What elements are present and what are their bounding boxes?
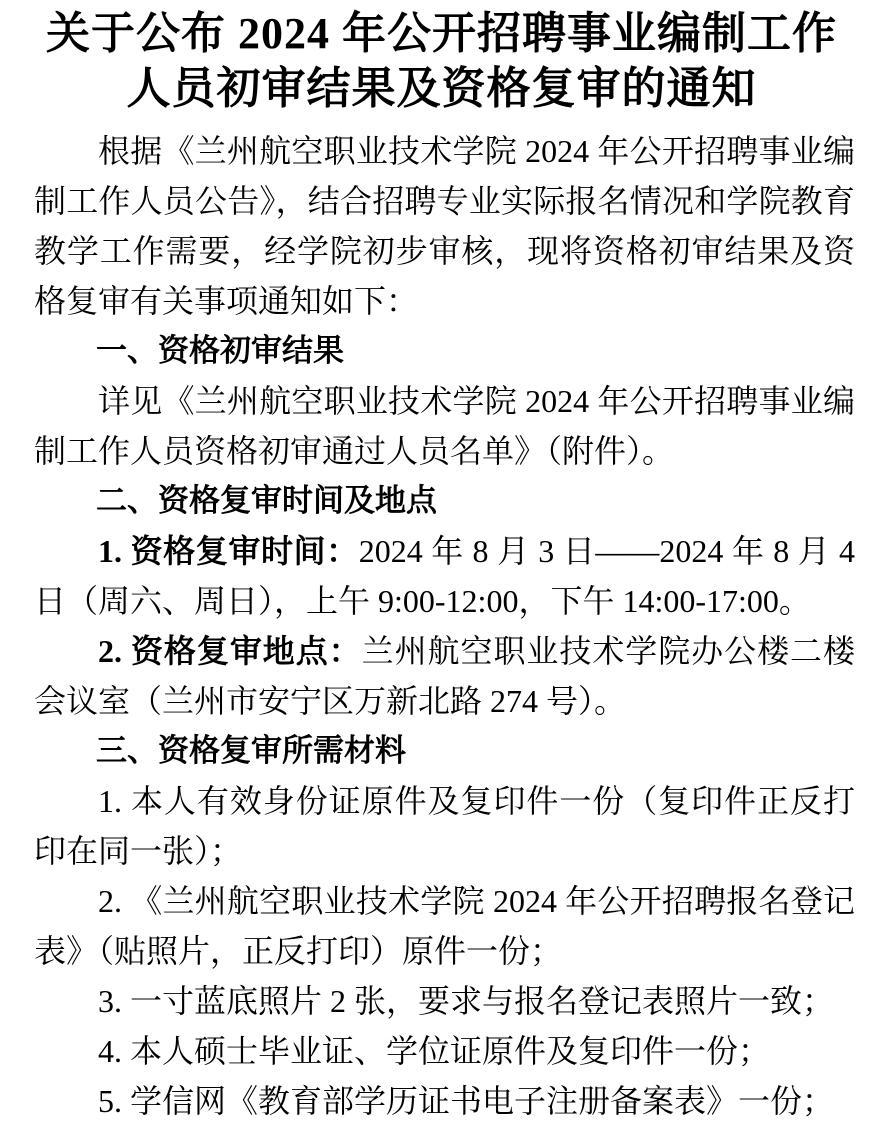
document-title-line-2: 人员初审结果及资格复审的通知 [127, 64, 757, 113]
body-paragraph: 详见《兰州航空职业技术学院 2024 年公开招聘事业编制工作人员资格初审通过人员… [34, 376, 855, 476]
body-paragraph: 4. 本人硕士毕业证、学位证原件及复印件一份； [34, 1026, 855, 1076]
section-heading: 二、资格复审时间及地点 [34, 476, 855, 526]
body-paragraph: 3. 一寸蓝底照片 2 张，要求与报名登记表照片一致； [34, 976, 855, 1026]
body-paragraph: 2. 资格复审地点：兰州航空职业技术学院办公楼二楼会议室（兰州市安宁区万新北路 … [34, 626, 855, 726]
body-paragraph: 1. 本人有效身份证原件及复印件一份（复印件正反打印在同一张）； [34, 776, 855, 876]
document-title-line-1: 关于公布 2024 年公开招聘事业编制工作 [46, 9, 837, 58]
body-paragraph: 1. 资格复审时间：2024 年 8 月 3 日——2024 年 8 月 4 日… [34, 526, 855, 626]
section-heading: 一、资格初审结果 [34, 326, 855, 376]
paragraph-bold-label: 2. 资格复审地点： [98, 633, 362, 669]
document-title: 关于公布 2024 年公开招聘事业编制工作 人员初审结果及资格复审的通知 [28, 6, 855, 116]
document-body: 根据《兰州航空职业技术学院 2024 年公开招聘事业编制工作人员公告》，结合招聘… [34, 126, 855, 1126]
paragraph-bold-label: 1. 资格复审时间： [98, 533, 359, 569]
body-paragraph: 2. 《兰州航空职业技术学院 2024 年公开招聘报名登记表》（贴照片，正反打印… [34, 876, 855, 976]
section-heading: 三、资格复审所需材料 [34, 726, 855, 776]
body-paragraph: 5. 学信网《教育部学历证书电子注册备案表》一份； [34, 1076, 855, 1126]
document-page: 关于公布 2024 年公开招聘事业编制工作 人员初审结果及资格复审的通知 根据《… [0, 0, 883, 1140]
body-paragraph: 根据《兰州航空职业技术学院 2024 年公开招聘事业编制工作人员公告》，结合招聘… [34, 126, 855, 326]
